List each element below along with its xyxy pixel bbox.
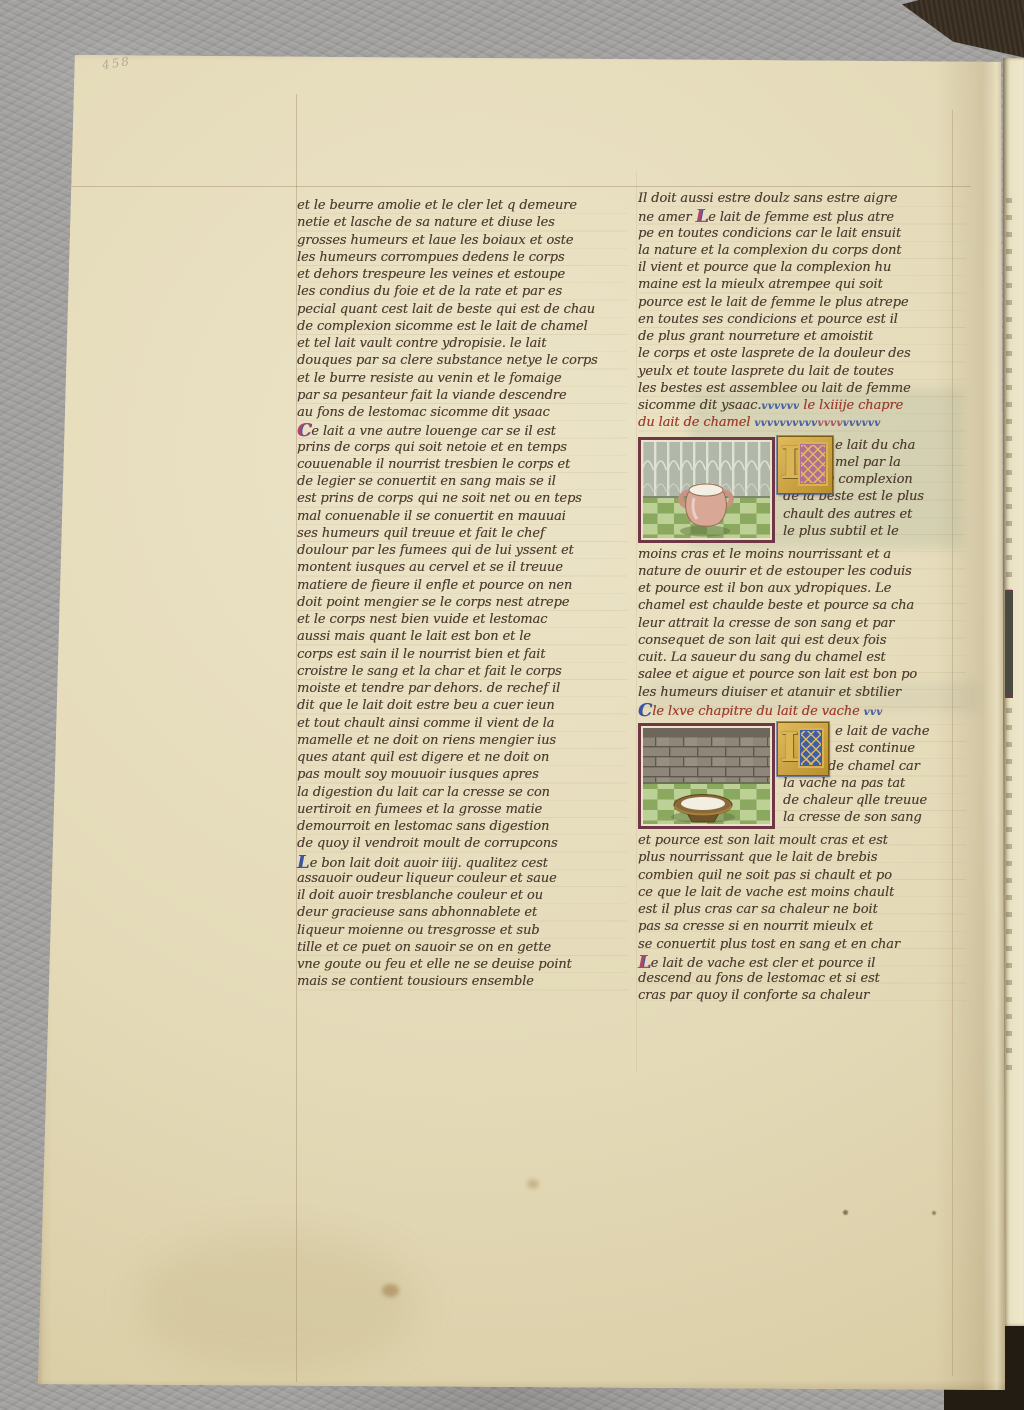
text-line: et tel lait vault contre ydropisie. le l… <box>297 335 627 352</box>
illuminated-initial-camel: L <box>777 436 833 494</box>
text-line: mamelle et ne doit on riens mengier ius <box>297 732 627 749</box>
text-line: doit point mengier se le corps nest atre… <box>297 594 627 611</box>
cow-milk-miniature <box>638 723 775 829</box>
text-segment: du lait de chamel <box>638 415 754 430</box>
cow-milk-basin-illustration <box>641 726 772 826</box>
text-line: la vache na pas tat <box>775 775 966 792</box>
parchment-stain <box>527 1179 539 1189</box>
text-line: les humeurs corrompues dedens le corps <box>297 249 627 266</box>
text-line: de complexion sicomme est le lait de cha… <box>297 318 627 335</box>
ruling-line-horizontal-top <box>66 186 971 187</box>
text-line: Cle lxve chapitre du lait de vache vvv <box>638 701 966 718</box>
text-line: pource est le lait de femme le plus atre… <box>638 294 966 311</box>
text-line: plus nourrissant que le lait de brebis <box>638 849 966 866</box>
text-line: moins cras et le moins nourrissant et a <box>638 546 966 563</box>
camel-milk-miniature <box>638 437 775 543</box>
parchment-stain <box>382 1284 399 1297</box>
text-line: et pource est il bon aux ydropiques. Le <box>638 580 966 597</box>
text-line: moiste et tendre par dehors. de rechef i… <box>297 680 627 697</box>
text-line: est prins de corps qui ne soit net ou en… <box>297 490 627 507</box>
initial-panel-decoration <box>798 442 828 486</box>
text-line: ce que le lait de vache est moins chault <box>638 884 966 901</box>
parchment-page: 458 et le beurre amolie et le cler let q… <box>38 52 1005 1390</box>
text-line: et le corps nest bien vuide et lestomac <box>297 611 627 628</box>
text-line: leur attrait la cresse de son sang et pa… <box>638 615 966 632</box>
facing-page-miniature-edge <box>1005 590 1013 698</box>
text-line: chault des autres et <box>775 506 966 523</box>
illuminated-initial-cow: L <box>777 722 829 776</box>
text-line: couuenable il nourrist tresbien le corps… <box>297 456 627 473</box>
text-line: prins de corps qui soit netoie et en tem… <box>297 439 627 456</box>
text-line: dit que le lait doit estre beu a cuer ie… <box>297 697 627 714</box>
text-line: mais se contient tousiours ensemble <box>297 973 627 990</box>
text-line: grosses humeurs et laue les boiaux et os… <box>297 232 627 249</box>
line-filler-flourish: vvv <box>864 707 883 718</box>
text-line: assauoir oudeur liqueur couleur et saue <box>297 870 627 887</box>
line-filler-flourish: vvvvvv <box>761 401 799 412</box>
text-segment: le lxve chapitre du lait de vache <box>652 704 863 719</box>
text-line: demourroit en lestomac sans digestion <box>297 818 627 835</box>
text-line: ques atant quil est digere et ne doit on <box>297 749 627 766</box>
text-line: les humeurs diuiser et atanuir et sbtili… <box>638 684 966 701</box>
manuscript-photo: 458 et le beurre amolie et le cler let q… <box>0 0 1024 1410</box>
line-filler-flourish: vvvvvvvvvv <box>754 418 817 429</box>
text-column-right: Il doit aussi estre doulz sans estre aig… <box>638 190 966 1005</box>
text-line: corps est sain il le nourrist bien et fa… <box>297 646 627 663</box>
text-line: au fons de lestomac sicomme dit ysaac <box>297 404 627 421</box>
text-line: consequet de son lait qui est deux fois <box>638 632 966 649</box>
text-line: et dehors trespeure les veines et estoup… <box>297 266 627 283</box>
paragraph-initial: L <box>696 206 709 227</box>
text-line: mal conuenable il se conuertit en mauuai <box>297 508 627 525</box>
text-line: maine est la mieulx atrempee qui soit <box>638 276 966 293</box>
text-line: tille et ce puet on sauoir se on en gett… <box>297 939 627 956</box>
camel-milk-pot-illustration <box>641 440 772 540</box>
line-filler-flourish: vvvvvv <box>843 418 881 429</box>
parchment-stain <box>843 1210 848 1215</box>
text-line: nature de ouurir et de estouper les codu… <box>638 563 966 580</box>
paragraph-initial: C <box>297 420 311 441</box>
text-line: en toutes ses condicions et pource est i… <box>638 311 966 328</box>
facing-page-edge <box>1003 58 1024 1326</box>
text-segment: ne amer <box>638 210 696 225</box>
text-line: les bestes est assemblee ou lait de femm… <box>638 380 966 397</box>
text-line: combien quil ne soit pas si chault et po <box>638 867 966 884</box>
line-filler-flourish: vvvv <box>817 418 842 429</box>
text-line: de plus grant nourreture et amoistit <box>638 328 966 345</box>
text-segment: e bon lait doit auoir iiij. qualitez ces… <box>310 856 548 871</box>
text-line: la cresse de son sang <box>775 809 966 826</box>
text-line: se conuertit plus tost en sang et en cha… <box>638 936 966 953</box>
text-line: Il doit aussi estre doulz sans estre aig… <box>638 190 966 207</box>
text-line: liqueur moienne ou tresgrosse et sub <box>297 922 627 939</box>
text-line: sicomme dit ysaac.vvvvvv le lxiiije chap… <box>638 397 966 414</box>
text-line: et pource est son lait moult cras et est <box>638 832 966 849</box>
text-line: chamel est chaulde beste et pource sa ch… <box>638 597 966 614</box>
text-line: croistre le sang et la char et fait le c… <box>297 663 627 680</box>
text-line: la digestion du lait car la cresse se co… <box>297 784 627 801</box>
text-line: et le beurre amolie et le cler let q dem… <box>297 197 627 214</box>
text-line: salee et aigue et pource son lait est bo… <box>638 666 966 683</box>
text-line: netie et lasche de sa nature et diuse le… <box>297 214 627 231</box>
miniature-row-camel-milk: L e lait du chamel par lachaulde complex… <box>638 437 966 543</box>
text-line: le corps et oste lasprete de la douleur … <box>638 345 966 362</box>
text-line: pas moult soy mouuoir iusques apres <box>297 766 627 783</box>
text-line: Le bon lait doit auoir iiij. qualitez ce… <box>297 853 627 870</box>
paragraph-initial: L <box>638 952 651 973</box>
text-line: matiere de fieure il enfle et pource on … <box>297 577 627 594</box>
text-line: montent iusques au cervel et se il treuu… <box>297 559 627 576</box>
right-column-upper-lines: Il doit aussi estre doulz sans estre aig… <box>638 190 966 432</box>
text-line: pe en toutes condicions car le lait ensu… <box>638 225 966 242</box>
text-segment: e lait de vache est cler et pource il <box>651 956 876 971</box>
text-line: de legier se conuertit en sang mais se i… <box>297 473 627 490</box>
text-line: descend au fons de lestomac et si est <box>638 970 966 987</box>
text-line: cras par quoy il conforte sa chaleur <box>638 987 966 1004</box>
text-line: les condius du foie et de la rate et par… <box>297 283 627 300</box>
ruling-line-vertical-center <box>636 172 637 1072</box>
text-line: du lait de chamel vvvvvvvvvvvvvvvvvvvv <box>638 414 966 431</box>
text-column-left: et le beurre amolie et le cler let q dem… <box>297 197 627 991</box>
text-line: est il plus cras car sa chaleur ne boit <box>638 901 966 918</box>
text-line: pecial quant cest lait de beste qui est … <box>297 301 627 318</box>
text-segment: e lait de femme est plus atre <box>708 210 894 225</box>
text-segment: le lxiiije chapre <box>799 398 903 413</box>
right-column-lower-lines: et pource est son lait moult cras et est… <box>638 832 966 1005</box>
text-line: pas sa cresse si en nourrit mieulx et <box>638 918 966 935</box>
cow-chapter-opening: L e lait de vacheest continueau lait de … <box>775 723 966 829</box>
text-line: ne amer Le lait de femme est plus atre <box>638 207 966 224</box>
text-line: douques par sa clere substance netye le … <box>297 352 627 369</box>
text-line: doulour par les fumees qui de lui yssent… <box>297 542 627 559</box>
text-line: vne goute ou feu et elle ne se deuise po… <box>297 956 627 973</box>
text-line: aussi mais quant le lait est bon et le <box>297 628 627 645</box>
text-line: et le burre resiste au venin et le fomai… <box>297 370 627 387</box>
parchment-damp-patch <box>138 1232 418 1372</box>
text-segment: sicomme dit ysaac. <box>638 398 761 413</box>
pencil-foliation-note: 458 <box>101 54 132 72</box>
text-line: uertiroit en fumees et la grosse matie <box>297 801 627 818</box>
text-line: il vient et pource que la complexion hu <box>638 259 966 276</box>
camel-chapter-opening: L e lait du chamel par lachaulde complex… <box>775 437 966 543</box>
paragraph-initial: L <box>297 852 310 873</box>
text-line: de chaleur qlle treuue <box>775 792 966 809</box>
text-line: le plus subtil et le <box>775 523 966 540</box>
text-line: par sa pesanteur fait la viande descendr… <box>297 387 627 404</box>
text-line: deur gracieuse sans abhonnablete et <box>297 904 627 921</box>
miniature-row-cow-milk: L e lait de vacheest continueau lait de … <box>638 723 966 829</box>
text-line: de quoy il vendroit moult de corrupcons <box>297 835 627 852</box>
initial-panel-decoration <box>798 728 824 768</box>
text-line: et tout chault ainsi comme il vient de l… <box>297 715 627 732</box>
right-column-mid-lines: moins cras et le moins nourrissant et an… <box>638 546 966 719</box>
parchment-stain <box>932 1211 936 1215</box>
text-line: ses humeurs quil treuue et fait le chef <box>297 525 627 542</box>
paragraph-initial: C <box>638 700 652 721</box>
text-line: Ce lait a vne autre louenge car se il es… <box>297 421 627 438</box>
text-segment: e lait a vne autre louenge car se il est <box>311 424 556 439</box>
text-line: cuit. La saueur du sang du chamel est <box>638 649 966 666</box>
text-line: Le lait de vache est cler et pource il <box>638 953 966 970</box>
text-line: yeulx et toute lasprete du lait de toute… <box>638 363 966 380</box>
text-line: il doit auoir tresblanche couleur et ou <box>297 887 627 904</box>
text-line: la nature et la complexion du corps dont <box>638 242 966 259</box>
